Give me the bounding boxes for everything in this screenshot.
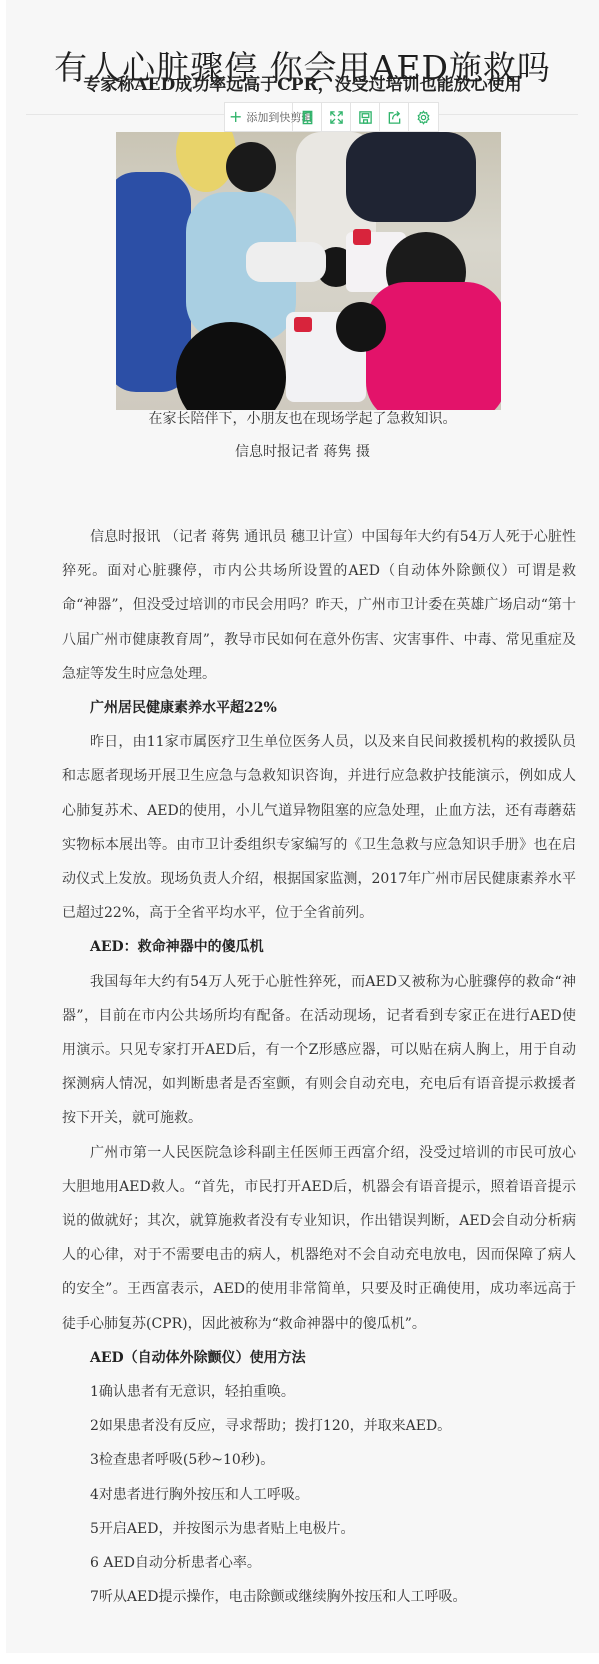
- photo-credit: 信息时报记者 蒋隽 摄: [6, 442, 599, 462]
- share-icon: [387, 110, 402, 125]
- section-heading: AED：救命神器中的傻瓜机: [62, 930, 576, 964]
- section-heading: AED（自动体外除颤仪）使用方法: [62, 1341, 576, 1375]
- photo-caption: 在家长陪伴下，小朋友也在现场学起了急救知识。: [6, 409, 599, 429]
- settings-icon: [416, 110, 431, 125]
- step-item: 1确认患者有无意识，轻拍重唤。: [62, 1375, 576, 1409]
- paragraph: 广州市第一人民医院急诊科副主任医师王西富介绍，没受过培训的市民可放心大胆地用AE…: [62, 1136, 576, 1341]
- add-to-clip-button[interactable]: + 添加到快剪辑: [225, 103, 293, 131]
- share-button[interactable]: [380, 103, 409, 131]
- fullscreen-button[interactable]: [322, 103, 351, 131]
- step-item: 7听从AED提示操作，电击除颤或继续胸外按压和人工呼吸。: [62, 1580, 576, 1614]
- step-item: 4对患者进行胸外按压和人工呼吸。: [62, 1478, 576, 1512]
- step-item: 6 AED自动分析患者心率。: [62, 1546, 576, 1580]
- section-heading: 广州居民健康素养水平超22%: [62, 691, 576, 725]
- article-body: 信息时报讯 （记者 蒋隽 通讯员 穗卫计宣）中国每年大约有54万人死于心脏性猝死…: [62, 520, 576, 1615]
- tablet-icon: [300, 110, 315, 125]
- step-item: 3检查患者呼吸(5秒~10秒)。: [62, 1443, 576, 1477]
- article-photo: [116, 132, 501, 410]
- paragraph: 我国每年大约有54万人死于心脏性猝死，而AED又被称为心脏骤停的救命“神器”，目…: [62, 965, 576, 1136]
- save-button[interactable]: [351, 103, 380, 131]
- article-subtitle: 专家称AED成功率远高于CPR，没受过培训也能放心使用: [6, 73, 599, 97]
- paragraph: 信息时报讯 （记者 蒋隽 通讯员 穗卫计宣）中国每年大约有54万人死于心脏性猝死…: [62, 520, 576, 691]
- tablet-view-button[interactable]: [293, 103, 322, 131]
- plus-icon: +: [229, 109, 242, 125]
- paragraph: 昨日，由11家市属医疗卫生单位医务人员，以及来自民间救援机构的救援队员和志愿者现…: [62, 725, 576, 930]
- clip-toolbar: + 添加到快剪辑: [224, 102, 439, 132]
- settings-button[interactable]: [409, 103, 438, 131]
- save-icon: [358, 110, 373, 125]
- step-item: 5开启AED，并按图示为患者贴上电极片。: [62, 1512, 576, 1546]
- step-item: 2如果患者没有反应，寻求帮助；拨打120，并取来AED。: [62, 1409, 576, 1443]
- fullscreen-icon: [329, 110, 344, 125]
